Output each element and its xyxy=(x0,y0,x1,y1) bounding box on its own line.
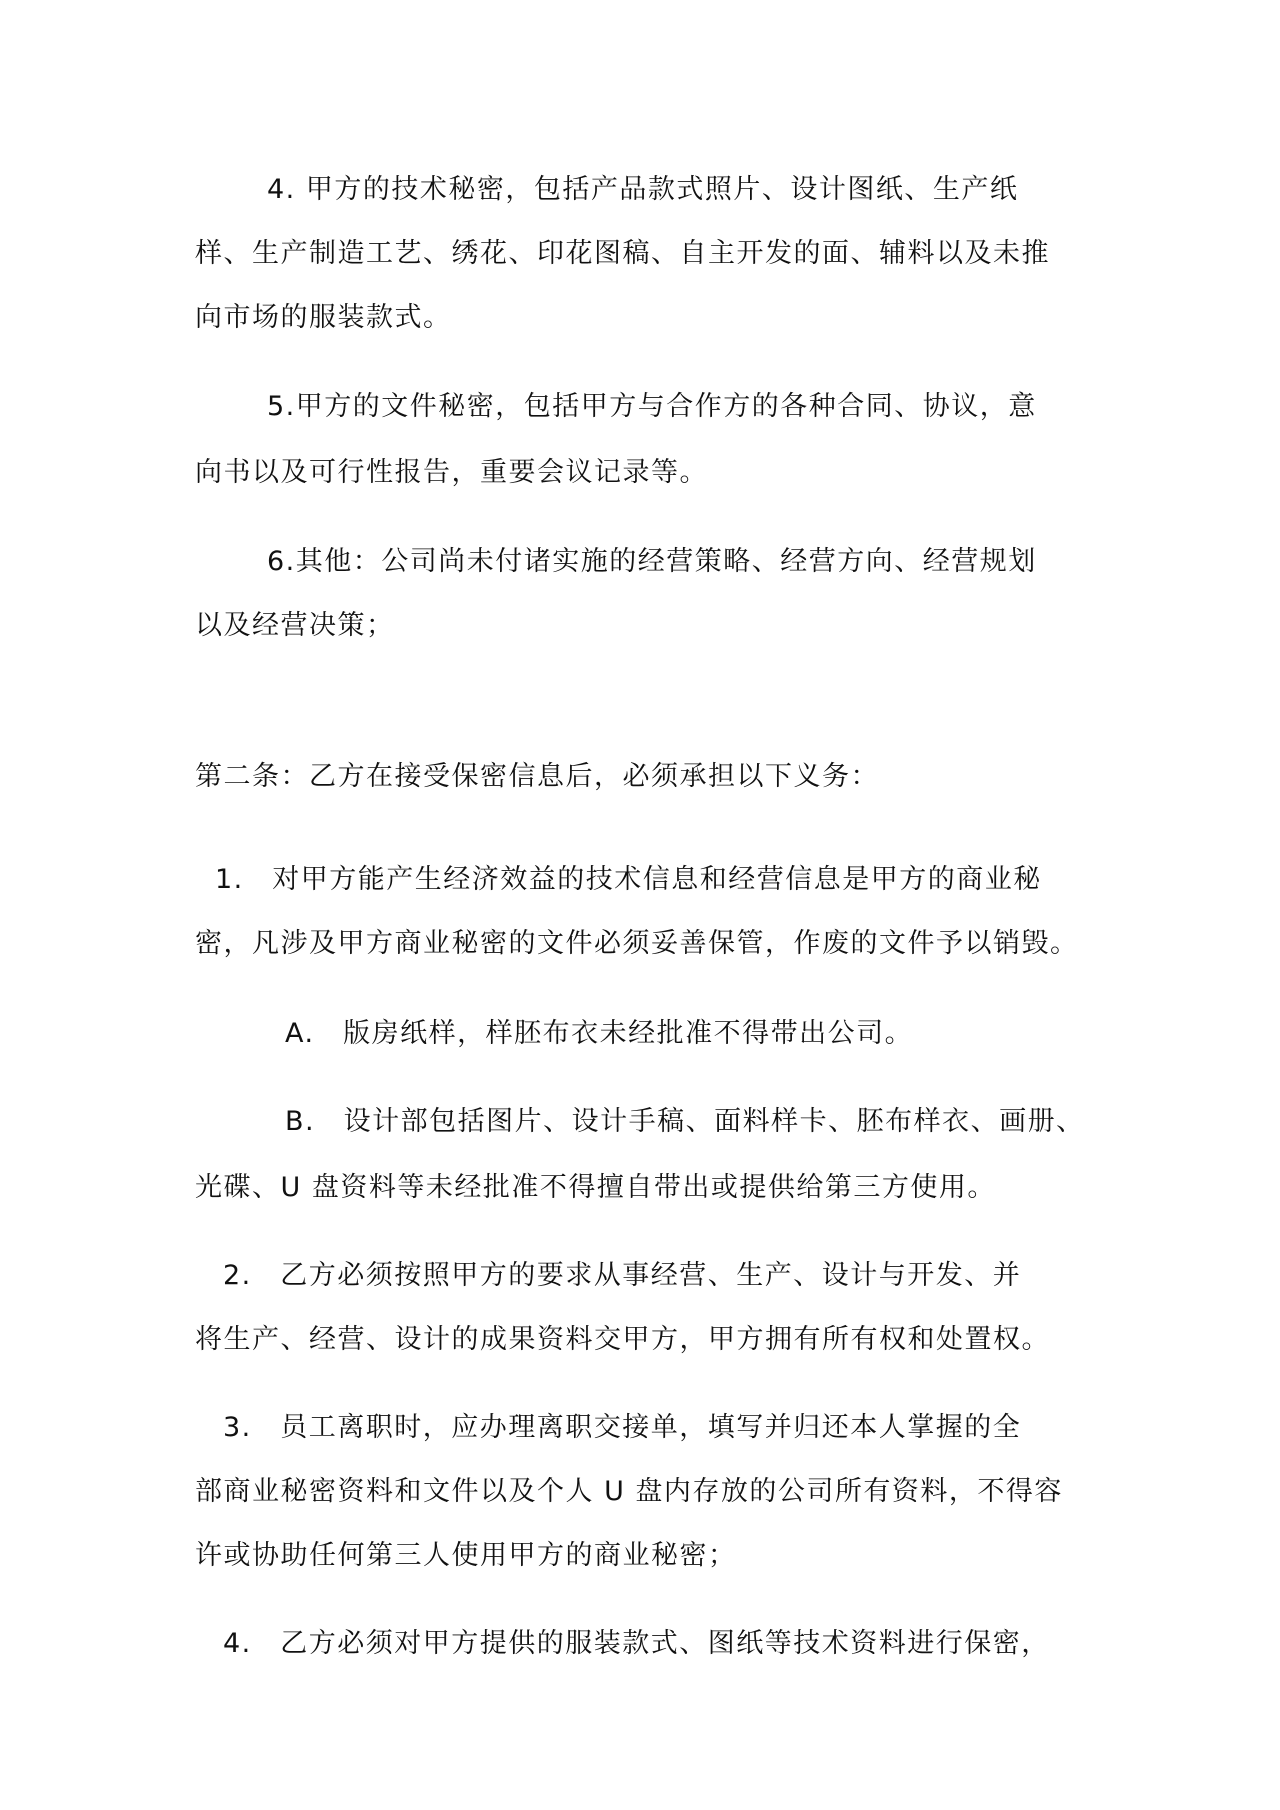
obligation-3-line-1: 3. 员工离职时，应办理离职交接单，填写并归还本人掌握的全 xyxy=(223,1411,1021,1445)
obligation-1-line-1: 1. 对甲方能产生经济效益的技术信息和经营信息是甲方的商业秘 xyxy=(215,863,1042,897)
obligation-1-item-a: A. 版房纸样，样胚布衣未经批准不得带出公司。 xyxy=(285,1017,913,1051)
obligation-3-line-2: 部商业秘密资料和文件以及个人 U 盘内存放的公司所有资料，不得容 xyxy=(195,1475,1063,1509)
clause-4-technical-secrets-line-1: 4. 甲方的技术秘密，包括产品款式照片、设计图纸、生产纸 xyxy=(267,173,1018,207)
obligation-1-item-b-line-2: 光碟、U 盘资料等未经批准不得擅自带出或提供给第三方使用。 xyxy=(195,1171,996,1205)
article-2-heading: 第二条：乙方在接受保密信息后，必须承担以下义务： xyxy=(195,760,879,794)
obligation-2-line-1: 2. 乙方必须按照甲方的要求从事经营、生产、设计与开发、并 xyxy=(223,1259,1021,1293)
obligation-3-line-3: 许或协助任何第三人使用甲方的商业秘密； xyxy=(195,1539,737,1573)
document-page: 4. 甲方的技术秘密，包括产品款式照片、设计图纸、生产纸 样、生产制造工艺、绣花… xyxy=(0,0,1280,1810)
clause-4-technical-secrets-line-2: 样、生产制造工艺、绣花、印花图稿、自主开发的面、辅料以及未推 xyxy=(195,237,1050,271)
clause-6-other-line-1: 6.其他：公司尚未付诸实施的经营策略、经营方向、经营规划 xyxy=(267,545,1037,579)
clause-6-other-line-2: 以及经营决策； xyxy=(195,609,395,643)
clause-4-technical-secrets-line-3: 向市场的服装款式。 xyxy=(195,301,452,335)
obligation-1-item-b-line-1: B. 设计部包括图片、设计手稿、面料样卡、胚布样衣、画册、 xyxy=(285,1105,1085,1139)
obligation-2-line-2: 将生产、经营、设计的成果资料交甲方，甲方拥有所有权和处置权。 xyxy=(195,1323,1050,1357)
clause-5-document-secrets-line-2: 向书以及可行性报告，重要会议记录等。 xyxy=(195,456,708,490)
obligation-1-line-2: 密，凡涉及甲方商业秘密的文件必须妥善保管，作废的文件予以销毁。 xyxy=(195,927,1079,961)
clause-5-document-secrets-line-1: 5.甲方的文件秘密，包括甲方与合作方的各种合同、协议，意 xyxy=(267,390,1037,424)
obligation-4-line-1: 4. 乙方必须对甲方提供的服装款式、图纸等技术资料进行保密， xyxy=(223,1627,1050,1661)
